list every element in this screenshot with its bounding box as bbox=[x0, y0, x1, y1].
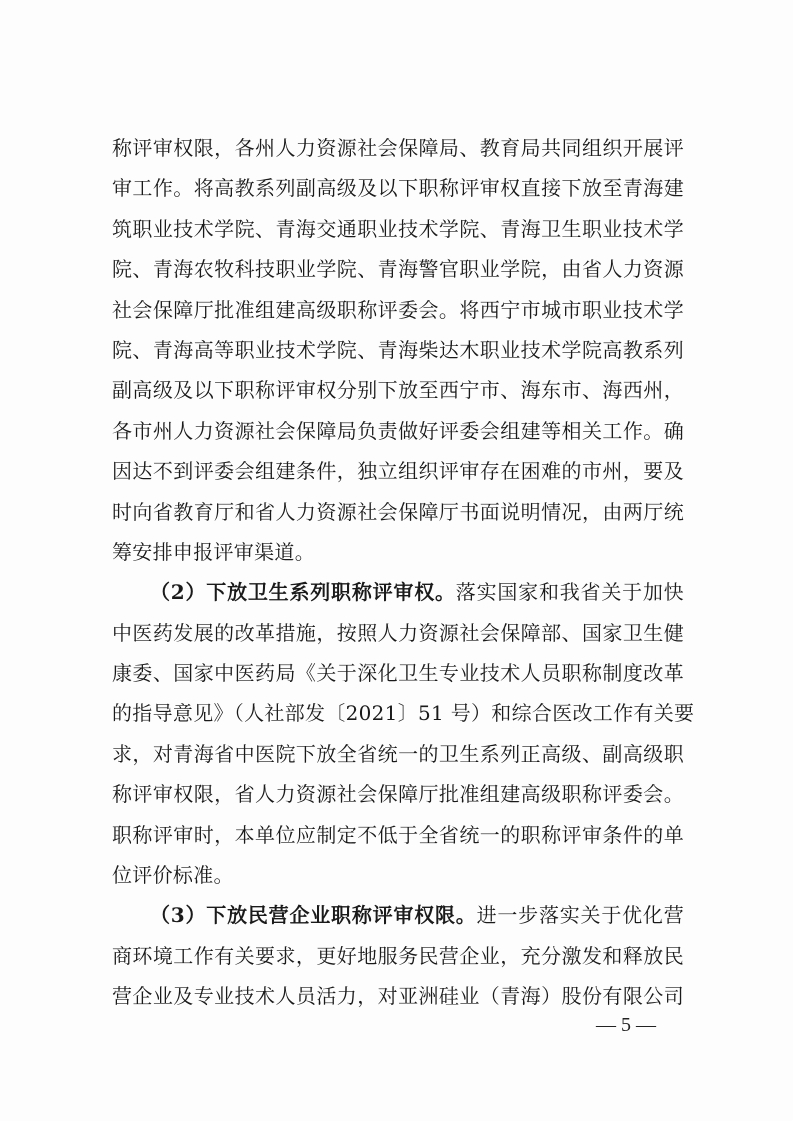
paragraph-first-line: （2）下放卫生系列职称评审权。落实国家和我省关于加快 bbox=[112, 572, 684, 612]
paragraph-heading: （3）下放民营企业职称评审权限。 bbox=[150, 903, 477, 927]
text-line: 社会保障厅批准组建高级职称评委会。将西宁市城市职业技术学 bbox=[112, 290, 684, 330]
text-line: 职称评审时，本单位应制定不低于全省统一的职称评审条件的单 bbox=[112, 815, 684, 855]
text-line: 时向省教育厅和省人力资源社会保障厅书面说明情况，由两厅统 bbox=[112, 492, 684, 532]
text-line: 位评价标准。 bbox=[112, 855, 684, 895]
text-line: 审工作。将高教系列副高级及以下职称评审权直接下放至青海建 bbox=[112, 168, 684, 208]
text-line: 营企业及专业技术人员活力，对亚洲硅业（青海）股份有限公司 bbox=[112, 976, 684, 1016]
paragraph-health-series: （2）下放卫生系列职称评审权。落实国家和我省关于加快 中医药发展的改革措施，按照… bbox=[112, 572, 684, 895]
page-number: — 5 — bbox=[590, 1012, 662, 1038]
text-line: 筑职业技术学院、青海交通职业技术学院、青海卫生职业技术学 bbox=[112, 209, 684, 249]
text-line: 的指导意见》（人社部发〔2021〕51 号）和综合医改工作有关要 bbox=[112, 693, 684, 733]
text-line: 副高级及以下职称评审权分别下放至西宁市、海东市、海西州， bbox=[112, 370, 684, 410]
text-line: 中医药发展的改革措施，按照人力资源社会保障部、国家卫生健 bbox=[112, 613, 684, 653]
text-run: 进一步落实关于优化营 bbox=[477, 903, 684, 927]
paragraph-heading: （2）下放卫生系列职称评审权。 bbox=[150, 580, 456, 604]
text-line: 称评审权限，各州人力资源社会保障局、教育局共同组织开展评 bbox=[112, 128, 684, 168]
document-body: 称评审权限，各州人力资源社会保障局、教育局共同组织开展评 审工作。将高教系列副高… bbox=[112, 128, 684, 1017]
text-line: 商环境工作有关要求，更好地服务民营企业，充分激发和释放民 bbox=[112, 936, 684, 976]
text-line: 院、青海农牧科技职业学院、青海警官职业学院，由省人力资源 bbox=[112, 249, 684, 289]
text-run: 落实国家和我省关于加快 bbox=[456, 580, 684, 604]
text-line: 各市州人力资源社会保障局负责做好评委会组建等相关工作。确 bbox=[112, 411, 684, 451]
paragraph-higher-education: 称评审权限，各州人力资源社会保障局、教育局共同组织开展评 审工作。将高教系列副高… bbox=[112, 128, 684, 572]
text-line: 筹安排申报评审渠道。 bbox=[112, 532, 684, 572]
text-line: 因达不到评委会组建条件，独立组织评审存在困难的市州，要及 bbox=[112, 451, 684, 491]
text-line: 求，对青海省中医院下放全省统一的卫生系列正高级、副高级职 bbox=[112, 734, 684, 774]
paragraph-first-line: （3）下放民营企业职称评审权限。进一步落实关于优化营 bbox=[112, 895, 684, 935]
paragraph-private-enterprises: （3）下放民营企业职称评审权限。进一步落实关于优化营 商环境工作有关要求，更好地… bbox=[112, 895, 684, 1016]
text-line: 称评审权限，省人力资源社会保障厅批准组建高级职称评委会。 bbox=[112, 774, 684, 814]
document-page: 称评审权限，各州人力资源社会保障局、教育局共同组织开展评 审工作。将高教系列副高… bbox=[0, 0, 793, 1121]
text-line: 康委、国家中医药局《关于深化卫生专业技术人员职称制度改革 bbox=[112, 653, 684, 693]
text-line: 院、青海高等职业技术学院、青海柴达木职业技术学院高教系列 bbox=[112, 330, 684, 370]
